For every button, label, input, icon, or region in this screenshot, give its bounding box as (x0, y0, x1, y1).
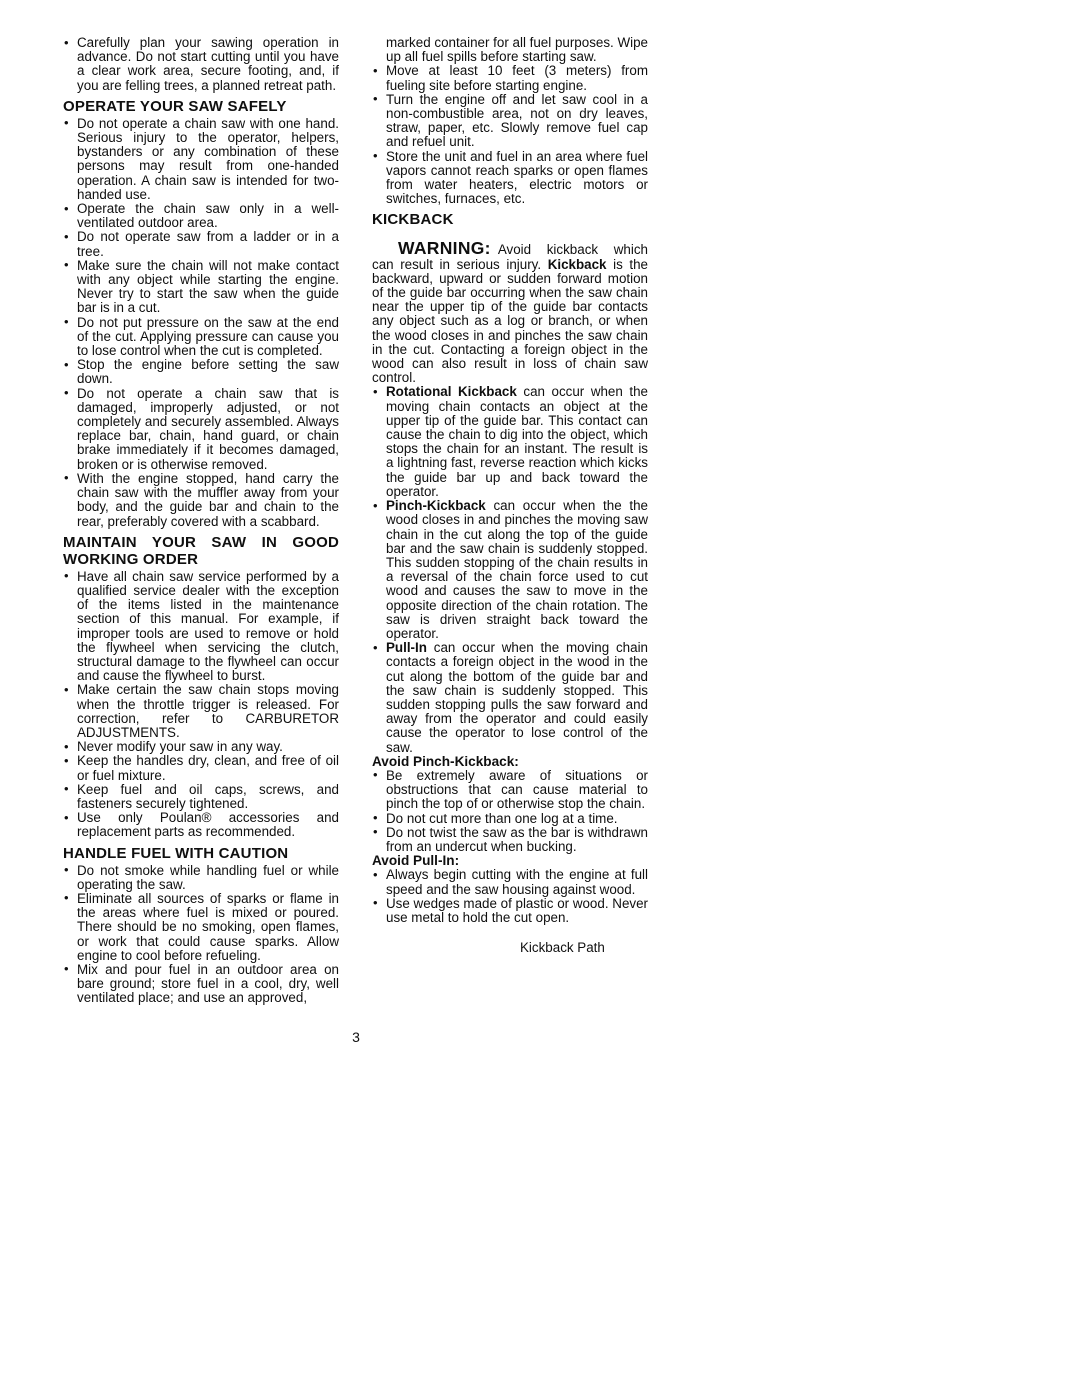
bullet-item: Make sure the chain will not make contac… (63, 259, 339, 316)
bullet-item: Move at least 10 feet (3 meters) from fu… (372, 64, 648, 92)
kickback-warning-paragraph: WARNING:Avoid kickback which can result … (372, 241, 648, 385)
warning-bold-word: Kickback (548, 257, 607, 272)
bullet-item: Do not put pressure on the saw at the en… (63, 316, 339, 359)
bullet-item: Keep fuel and oil caps, screws, and fast… (63, 783, 339, 811)
kickback-type-label: Pull-In (386, 640, 427, 655)
bullet-item: Carefully plan your sawing operation in … (63, 36, 339, 93)
heading-maintain-your-saw: MAINTAIN YOUR SAW IN GOOD WORKING ORDER (63, 534, 339, 568)
bullet-item: Use only Poulan® accessories and replace… (63, 811, 339, 839)
bullet-item: Do not operate a chain saw with one hand… (63, 117, 339, 202)
bullet-item: Do not twist the saw as the bar is withd… (372, 826, 648, 854)
bullet-item: Do not cut more than one log at a time. (372, 812, 648, 826)
bullet-item: Do not operate saw from a ladder or in a… (63, 230, 339, 258)
page-content: Carefully plan your sawing operation in … (63, 36, 649, 1006)
heading-handle-fuel-with-caution: HANDLE FUEL WITH CAUTION (63, 845, 339, 862)
kickback-type-label: Rotational Kickback (386, 384, 517, 399)
warning-text-post: is the backward, upward or sudden forwar… (372, 257, 648, 386)
bullet-item: Rotational Kickback can occur when the m… (372, 385, 648, 499)
kickback-type-text: can occur when the moving chain contacts… (386, 640, 648, 754)
bullet-item: Be extremely aware of situations or obst… (372, 769, 648, 812)
manual-page: Carefully plan your sawing operation in … (0, 0, 1080, 1397)
bullet-item: Store the unit and fuel in an area where… (372, 150, 648, 207)
bullet-item: Always begin cutting with the engine at … (372, 868, 648, 896)
bullet-item: Stop the engine before setting the saw d… (63, 358, 339, 386)
bullet-item: Have all chain saw service performed by … (63, 570, 339, 684)
subheading-avoid-pull-in: Avoid Pull-In: (372, 854, 648, 868)
bullet-item: Make certain the saw chain stops moving … (63, 683, 339, 740)
bullet-item: Never modify your saw in any way. (63, 740, 339, 754)
bullet-item: Do not smoke while handling fuel or whil… (63, 864, 339, 892)
bullet-item: Operate the chain saw only in a well-ven… (63, 202, 339, 230)
page-number: 3 (63, 1029, 649, 1045)
kickback-type-text: can occur when the moving chain contacts… (386, 384, 648, 498)
left-column: Carefully plan your sawing operation in … (63, 36, 339, 1006)
heading-kickback: KICKBACK (372, 211, 648, 228)
bullet-item: Pinch-Kickback can occur when the the wo… (372, 499, 648, 641)
bullet-item: With the engine stopped, hand carry the … (63, 472, 339, 529)
bullet-item: Eliminate all sources of sparks or flame… (63, 892, 339, 963)
bullet-item: Pull-In can occur when the moving chain … (372, 641, 648, 755)
bullet-item: Use wedges made of plastic or wood. Neve… (372, 897, 648, 925)
subheading-avoid-pinch-kickback: Avoid Pinch-Kickback: (372, 755, 648, 769)
bullet-item: Keep the handles dry, clean, and free of… (63, 754, 339, 782)
bullet-item: Turn the engine off and let saw cool in … (372, 93, 648, 150)
warning-label: WARNING: (398, 238, 491, 258)
bullet-item: Do not operate a chain saw that is damag… (63, 387, 339, 472)
right-column: marked container for all fuel purposes. … (372, 36, 648, 1006)
kickback-path-caption: Kickback Path (372, 941, 648, 955)
kickback-type-label: Pinch-Kickback (386, 498, 486, 513)
kickback-type-text: can occur when the the wood closes in an… (386, 498, 648, 641)
heading-operate-your-saw-safely: OPERATE YOUR SAW SAFELY (63, 98, 339, 115)
bullet-item: Mix and pour fuel in an outdoor area on … (63, 963, 339, 1006)
fuel-bullet-continuation: marked container for all fuel purposes. … (372, 36, 648, 64)
